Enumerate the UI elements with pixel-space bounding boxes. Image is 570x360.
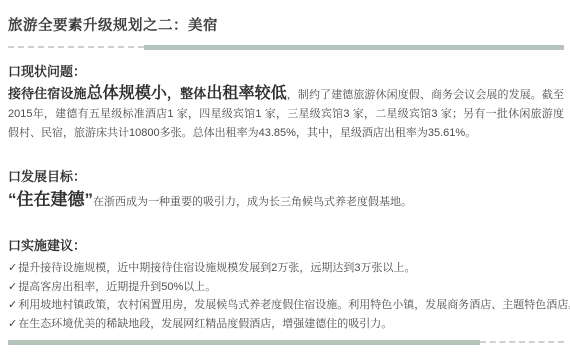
slide-canvas: 旅游全要素升级规划之二：美宿 口现状问题： 接待住宿设施总体规模小，整体出租率较… (0, 0, 570, 360)
suggestion-item: ✓提高客房出租率，近期提升到50%以上。 (8, 278, 564, 297)
check-icon: ✓ (8, 296, 17, 315)
section-development-goal: 口发展目标： “住在建德”在浙西成为一种重要的吸引力，成为长三角候鸟式养老度假基… (8, 168, 564, 213)
status-emphasis-mid: ，整体 (167, 86, 206, 101)
top-divider-accent-bar (144, 45, 564, 50)
suggestions-list: ✓提升接待设施规模，近中期接待住宿设施规模发展到2万张，远期达到3万张以上。 ✓… (8, 259, 564, 333)
check-icon: ✓ (8, 278, 17, 297)
goal-body-text: 在浙西成为一种重要的吸引力，成为长三角候鸟式养老度假基地。 (93, 196, 412, 208)
status-emphasis-occupancy: 出租率较低 (206, 85, 286, 102)
top-divider (8, 44, 564, 50)
status-paragraph: 接待住宿设施总体规模小，整体出租率较低，制约了建德旅游休闲度假、商务会议会展的发… (8, 84, 564, 143)
goal-paragraph: “住在建德”在浙西成为一种重要的吸引力，成为长三角候鸟式养老度假基地。 (8, 189, 564, 213)
status-emphasis-scale: 总体规模小 (87, 85, 167, 102)
check-icon: ✓ (8, 259, 17, 278)
suggestion-item-text: 提高客房出租率，近期提升到50%以上。 (18, 281, 216, 293)
page-title: 旅游全要素升级规划之二：美宿 (8, 16, 564, 36)
suggestion-item: ✓利用坡地村镇政策，农村闲置用房，发展候鸟式养老度假住宿设施。利用特色小镇，发展… (8, 296, 564, 315)
status-emphasis-lead: 接待住宿设施 (8, 86, 87, 101)
suggestion-item-text: 提升接待设施规模，近中期接待住宿设施规模发展到2万张，远期达到3万张以上。 (18, 262, 415, 274)
top-divider-dashed-line (8, 46, 144, 48)
bottom-divider (8, 339, 564, 345)
goal-section-heading: 口发展目标： (8, 168, 564, 186)
suggestion-item-text: 在生态环境优美的稀缺地段，发展网红精品度假酒店，增强建德住的吸引力。 (18, 318, 392, 330)
suggestion-item-text: 利用坡地村镇政策，农村闲置用房，发展候鸟式养老度假住宿设施。利用特色小镇，发展商… (18, 299, 570, 311)
section-status-problems: 口现状问题： 接待住宿设施总体规模小，整体出租率较低，制约了建德旅游休闲度假、商… (8, 63, 564, 143)
goal-quote-emphasis: “住在建德” (8, 190, 93, 209)
status-section-heading: 口现状问题： (8, 63, 564, 81)
bottom-divider-dashed-line (480, 341, 564, 343)
check-icon: ✓ (8, 315, 17, 334)
section-implementation-suggestions: 口实施建议： ✓提升接待设施规模，近中期接待住宿设施规模发展到2万张，远期达到3… (8, 237, 564, 333)
suggestion-item: ✓在生态环境优美的稀缺地段，发展网红精品度假酒店，增强建德住的吸引力。 (8, 315, 564, 334)
suggestion-item: ✓提升接待设施规模，近中期接待住宿设施规模发展到2万张，远期达到3万张以上。 (8, 259, 564, 278)
suggestions-section-heading: 口实施建议： (8, 237, 564, 255)
bottom-divider-accent-bar (8, 340, 480, 345)
